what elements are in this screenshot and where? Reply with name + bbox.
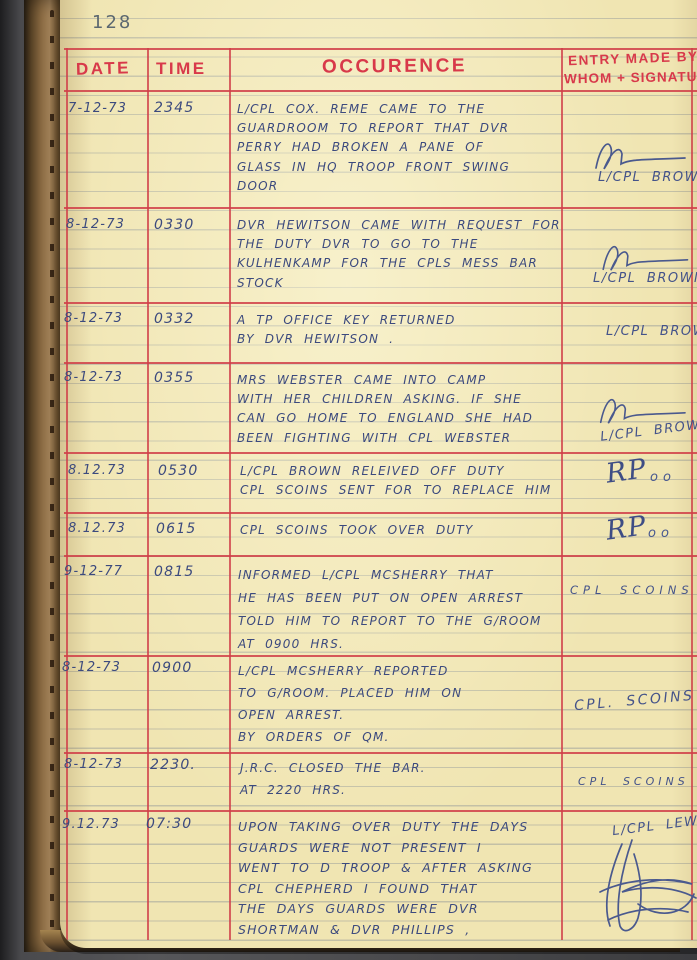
row-separator bbox=[64, 207, 697, 209]
entry-date: 8-12-73 bbox=[64, 311, 123, 326]
entry-date: 9.12.73 bbox=[62, 817, 120, 832]
signature-flourish-icon bbox=[593, 239, 693, 275]
signature-initials: RP bbox=[604, 453, 649, 489]
column-header-entry-by-line2: WHOM + SIGNATURE bbox=[564, 69, 697, 87]
entry-time: 2230. bbox=[150, 757, 196, 773]
signature-label: L/CPL BROWN bbox=[593, 271, 697, 286]
signature-label: L/CPL BROWN bbox=[606, 324, 697, 339]
signature-label: CPL SCOINS bbox=[570, 583, 694, 597]
entry-occurrence: L/CPL BROWN RELEIVED OFF DUTY CPL SCOINS… bbox=[240, 462, 551, 500]
entry-date: 7-12-73 bbox=[68, 101, 127, 116]
entry-time: 07:30 bbox=[146, 816, 192, 832]
entry-row: 9.12.73 07:30 UPON TAKING OVER DUTY THE … bbox=[60, 812, 697, 944]
header-bottom-line bbox=[64, 90, 697, 92]
entry-time: 0530 bbox=[158, 463, 198, 479]
entry-occurrence: MRS WEBSTER CAME INTO CAMP WITH HER CHIL… bbox=[237, 371, 533, 448]
row-separator bbox=[64, 452, 697, 454]
signature-label: L/CPL BROWN bbox=[598, 170, 697, 185]
column-header-entry-by-line1: ENTRY MADE BY bbox=[568, 49, 697, 69]
entry-occurrence: J.R.C. CLOSED THE BAR. AT 2220 HRS. bbox=[240, 757, 426, 801]
entry-time: 0815 bbox=[154, 564, 194, 580]
signature-initials: RP bbox=[604, 510, 649, 546]
signature-label: CPL. SCOINS bbox=[574, 688, 696, 714]
page-number: 128 bbox=[92, 12, 132, 33]
entry-row: 8.12.73 0615 CPL SCOINS TOOK OVER DUTY R… bbox=[60, 516, 697, 555]
entry-occurrence: DVR HEWITSON CAME WITH REQUEST FOR THE D… bbox=[237, 216, 561, 293]
entry-date: 8-12-73 bbox=[62, 660, 121, 675]
entry-time: 0615 bbox=[156, 521, 196, 537]
entry-date: 8-12-73 bbox=[64, 370, 123, 385]
entry-row: 8-12-73 0355 MRS WEBSTER CAME INTO CAMP … bbox=[60, 366, 697, 452]
signature-scribble-icon bbox=[588, 834, 697, 936]
entry-occurrence: CPL SCOINS TOOK OVER DUTY bbox=[240, 521, 473, 540]
entry-row: 8.12.73 0530 L/CPL BROWN RELEIVED OFF DU… bbox=[60, 456, 697, 512]
entry-time: 2345 bbox=[154, 100, 194, 116]
binding-stitching bbox=[50, 10, 54, 940]
entry-occurrence: A TP OFFICE KEY RETURNED BY DVR HEWITSON… bbox=[237, 311, 456, 349]
row-separator bbox=[64, 302, 697, 304]
book-binding bbox=[24, 0, 62, 952]
row-separator bbox=[64, 512, 697, 514]
entry-date: 9-12-77 bbox=[64, 564, 123, 579]
entry-time: 0355 bbox=[154, 370, 194, 386]
header-top-line bbox=[64, 48, 697, 50]
signature-label: CPL SCOINS bbox=[578, 775, 689, 788]
entry-occurrence: INFORMED L/CPL MCSHERRY THAT HE HAS BEEN… bbox=[238, 564, 542, 656]
entry-row: 8-12-73 0332 A TP OFFICE KEY RETURNED BY… bbox=[60, 306, 697, 362]
entry-time: 0900 bbox=[152, 660, 192, 676]
entry-time: 0330 bbox=[154, 217, 194, 233]
logbook-page: 128 DATE TIME OCCURENCE ENTRY MADE BY WH… bbox=[60, 0, 697, 948]
entry-row: 9-12-77 0815 INFORMED L/CPL MCSHERRY THA… bbox=[60, 559, 697, 655]
entry-date: 8.12.73 bbox=[68, 463, 126, 478]
entry-time: 0332 bbox=[154, 311, 194, 327]
entry-occurrence: UPON TAKING OVER DUTY THE DAYS GUARDS WE… bbox=[238, 817, 533, 940]
entry-occurrence: L/CPL COX. REME CAME TO THE GUARDROOM TO… bbox=[237, 100, 510, 196]
row-separator bbox=[64, 555, 697, 557]
signature-suffix: oo bbox=[648, 526, 674, 541]
entry-date: 8-12-73 bbox=[66, 217, 125, 232]
entry-date: 8-12-73 bbox=[64, 757, 123, 772]
entry-occurrence: L/CPL MCSHERRY REPORTED TO G/ROOM. PLACE… bbox=[238, 660, 462, 748]
entry-row: 7-12-73 2345 L/CPL COX. REME CAME TO THE… bbox=[60, 96, 697, 207]
signature-flourish-icon bbox=[588, 136, 688, 174]
row-separator bbox=[64, 362, 697, 364]
column-header-date: DATE bbox=[76, 58, 132, 79]
entry-row: 8-12-73 0330 DVR HEWITSON CAME WITH REQU… bbox=[60, 211, 697, 302]
entry-row: 8-12-73 0900 L/CPL MCSHERRY REPORTED TO … bbox=[60, 655, 697, 752]
entry-date: 8.12.73 bbox=[68, 521, 126, 536]
entry-row: 8-12-73 2230. J.R.C. CLOSED THE BAR. AT … bbox=[60, 752, 697, 810]
scanned-logbook-screenshot: { "page": { "number": "128" }, "header":… bbox=[0, 0, 697, 960]
signature-suffix: oo bbox=[650, 470, 676, 485]
column-header-time: TIME bbox=[156, 59, 207, 79]
column-header-occurrence: OCCURENCE bbox=[322, 55, 467, 78]
